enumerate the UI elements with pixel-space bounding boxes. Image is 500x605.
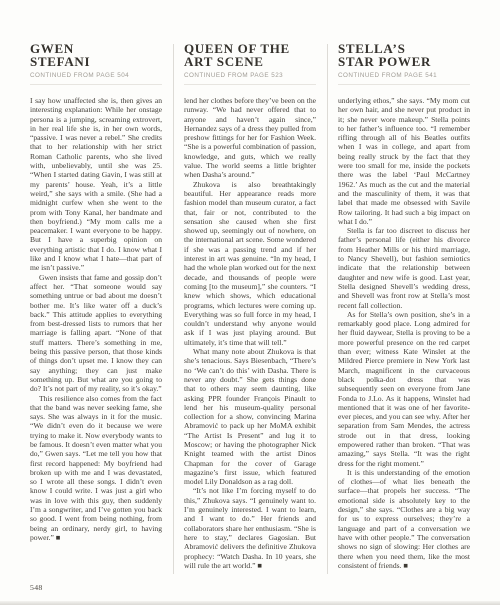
column-layout: GWEN STEFANI CONTINUED FROM PAGE 504 I s… [30, 42, 470, 578]
article-gwen-stefani: GWEN STEFANI CONTINUED FROM PAGE 504 I s… [30, 42, 162, 578]
title-line: ART SCENE [184, 55, 316, 68]
article-kicker: CONTINUED FROM PAGE 504 [30, 72, 162, 85]
article-title: GWEN STEFANI [30, 42, 162, 68]
article-body: underlying ethos,” she says. “My mom cut… [338, 96, 470, 570]
article-header: QUEEN OF THE ART SCENE CONTINUED FROM PA… [184, 42, 316, 85]
article-kicker: CONTINUED FROM PAGE 541 [338, 72, 470, 85]
column-divider [327, 44, 328, 574]
paragraph: It is this understanding of the emotion … [338, 468, 470, 570]
paragraph: Stella is far too discreet to discuss he… [338, 226, 470, 310]
article-stellas-star-power: STELLA’S STAR POWER CONTINUED FROM PAGE … [338, 42, 470, 578]
paragraph: What many note about Zhukova is that she… [184, 347, 316, 486]
paragraph: “It’s not like I’m forcing myself to do … [184, 486, 316, 570]
column-divider [173, 44, 174, 574]
paragraph: underlying ethos,” she says. “My mom cut… [338, 96, 470, 226]
page-number: 548 [30, 583, 43, 592]
paragraph: This resilience also comes from the fact… [30, 394, 162, 543]
paragraph: Gwen insists that fame and gossip don’t … [30, 273, 162, 394]
magazine-page: GWEN STEFANI CONTINUED FROM PAGE 504 I s… [0, 0, 500, 605]
paragraph: lend her clothes before they’ve been on … [184, 96, 316, 180]
article-title: QUEEN OF THE ART SCENE [184, 42, 316, 68]
article-header: GWEN STEFANI CONTINUED FROM PAGE 504 [30, 42, 162, 85]
article-queen-of-the-art-scene: QUEEN OF THE ART SCENE CONTINUED FROM PA… [184, 42, 316, 578]
article-title: STELLA’S STAR POWER [338, 42, 470, 68]
article-kicker: CONTINUED FROM PAGE 523 [184, 72, 316, 85]
paragraph: As for Stella’s own position, she’s in a… [338, 310, 470, 468]
article-body: I say how unaffected she is, then gives … [30, 96, 162, 542]
title-line: STAR POWER [338, 55, 470, 68]
article-header: STELLA’S STAR POWER CONTINUED FROM PAGE … [338, 42, 470, 85]
paragraph: Zhukova is also breathtakingly beautiful… [184, 180, 316, 347]
paragraph: I say how unaffected she is, then gives … [30, 96, 162, 273]
article-body: lend her clothes before they’ve been on … [184, 96, 316, 570]
title-line: STEFANI [30, 55, 162, 68]
page-bottom-edge [0, 601, 500, 605]
